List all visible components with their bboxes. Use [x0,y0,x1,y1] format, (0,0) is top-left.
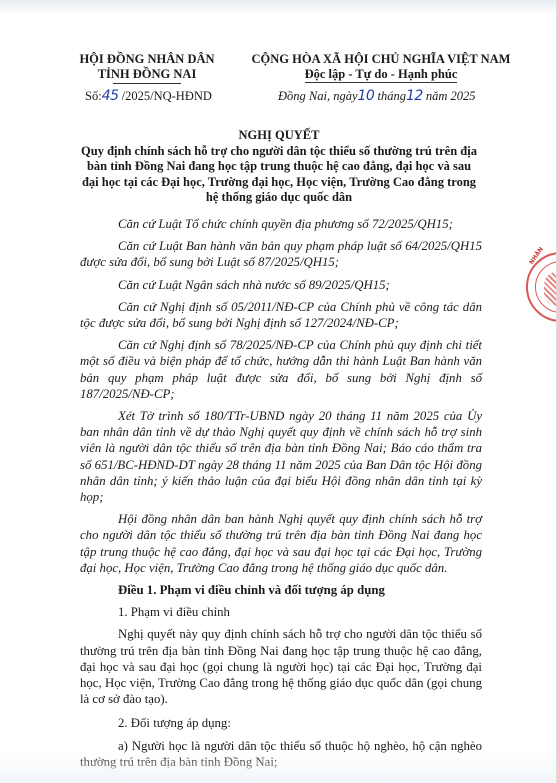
date-month: 12 [406,88,423,104]
clause-2-title: 2. Đối tượng áp dụng: [80,715,482,731]
preamble-item: Xét Tờ trình số 180/TTr-UBND ngày 20 thá… [80,408,482,505]
preamble-item: Căn cứ Nghị định số 05/2011/NĐ-CP của Ch… [80,299,482,331]
resolution-title: NGHỊ QUYẾT Quy định chính sách hỗ trợ ch… [78,128,480,206]
preamble-item: Hội đồng nhân dân ban hành Nghị quyết qu… [80,511,482,576]
article-1-heading: Điều 1. Phạm vi điều chỉnh và đối tượng … [80,582,482,598]
authority-underline [113,83,181,84]
number-handwritten: 45 [102,88,119,104]
document-number: Số:45 /2025/NQ-HĐND [85,88,212,104]
date-place: Đồng Nai, ngày [278,89,358,103]
scan-edge-shadow [0,0,556,14]
issuing-authority: HỘI ĐỒNG NHÂN DÂN TỈNH ĐỒNG NAI [72,52,222,84]
authority-line-1: HỘI ĐỒNG NHÂN DÂN [72,52,222,67]
title-heading: NGHỊ QUYẾT [78,128,480,144]
national-motto: Độc lập - Tự do - Hạnh phúc [305,67,458,83]
authority-line-2: TỈNH ĐỒNG NAI [72,67,222,82]
date-day: 10 [358,88,375,104]
country-name: CỘNG HÒA XÃ HỘI CHỦ NGHĨA VIỆT NAM [246,52,516,67]
preamble-item: Căn cứ Nghị định số 78/2025/NĐ-CP của Ch… [80,337,482,402]
date-line: Đồng Nai, ngày10 tháng12 năm 2025 [278,88,476,104]
date-month-label: tháng [377,89,405,103]
scan-edge-shadow [0,753,556,783]
national-header: CỘNG HÒA XÃ HỘI CHỦ NGHĨA VIỆT NAM Độc l… [246,52,516,83]
number-prefix: Số: [85,89,102,103]
clause-1-text: Nghị quyết này quy định chính sách hỗ tr… [80,626,482,707]
date-year: năm 2025 [426,89,476,103]
clause-1-title: 1. Phạm vi điều chỉnh [80,604,482,620]
number-suffix: /2025/NQ-HĐND [122,89,212,103]
preamble-item: Căn cứ Luật Tổ chức chính quyền địa phươ… [80,216,482,232]
document-body: Căn cứ Luật Tổ chức chính quyền địa phươ… [80,216,482,776]
preamble-item: Căn cứ Luật Ban hành văn bản quy phạm ph… [80,238,482,270]
preamble-item: Căn cứ Luật Ngân sách nhà nước số 89/202… [80,277,482,293]
document-page: HỘI ĐỒNG NHÂN DÂN TỈNH ĐỒNG NAI Số:45 /2… [0,0,558,783]
title-subtitle: Quy định chính sách hỗ trợ cho người dân… [78,144,480,206]
